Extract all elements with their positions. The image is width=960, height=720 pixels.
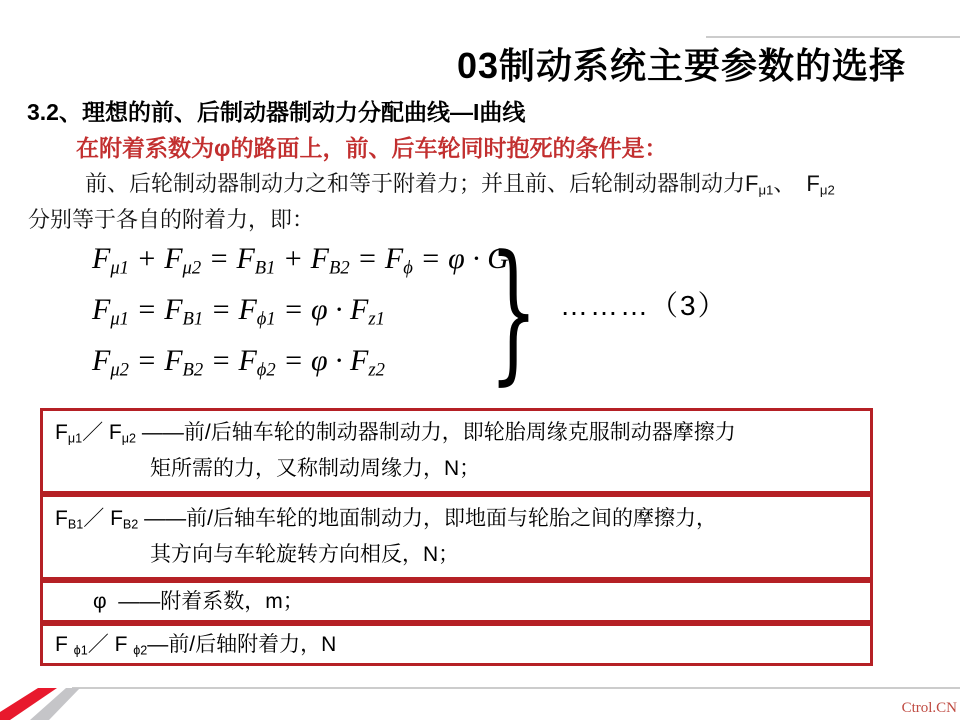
subscript: μ1 [758, 183, 773, 198]
subscript: μ2 [183, 258, 202, 279]
text-segment: ／ F [82, 421, 122, 444]
subscript: ϕ1 [257, 309, 276, 330]
section-heading: 3.2、理想的前、后制动器制动力分配曲线—I曲线 [27, 94, 525, 127]
text-segment: = [129, 293, 164, 326]
bottom-divider-line [72, 687, 960, 689]
subscript: B1 [68, 518, 83, 532]
subscript: μ1 [68, 432, 82, 446]
subscript: ϕ [403, 258, 413, 279]
text-segment: = [350, 242, 385, 275]
text-segment: F [55, 421, 68, 444]
text-segment: F [92, 242, 110, 275]
formula-block: Fμ1 + Fμ2 = FB1 + FB2 = Fϕ = φ · GFμ1 = … [92, 233, 509, 386]
definition-box: F ϕ1／ F ϕ2—前/后轴附着力，N [40, 623, 873, 666]
subscript: μ2 [820, 183, 835, 198]
text-segment: F [55, 633, 74, 656]
text-segment: F [164, 242, 182, 275]
definition-boxes: Fμ1／ Fμ2 ——前/后轴车轮的制动器制动力，即轮胎周缘克服制动器摩擦力矩所… [40, 408, 873, 666]
watermark-logo: Ctrol.CN [902, 700, 957, 717]
text-segment: F [236, 242, 254, 275]
text-segment: —前/后轴附着力，N [147, 633, 336, 656]
subscript: B2 [123, 518, 138, 532]
definition-line: Fμ1／ Fμ2 ——前/后轴车轮的制动器制动力，即轮胎周缘克服制动器摩擦力 [55, 415, 858, 451]
corner-stripes-decoration [0, 684, 100, 720]
subscript: ϕ1 [74, 644, 88, 658]
text-segment: ／ F [83, 507, 123, 530]
paragraph-line: 前、后轮制动器制动力之和等于附着力；并且前、后轮制动器制动力Fμ1、 Fμ2 [28, 166, 940, 202]
text-segment: F [92, 344, 110, 377]
definition-line: FB1／ FB2 ——前/后轴车轮的地面制动力，即地面与轮胎之间的摩擦力， [55, 501, 858, 537]
text-segment: = [129, 344, 164, 377]
text-segment: = φ · F [276, 344, 369, 377]
definition-line: φ ——附着系数，m； [55, 587, 858, 616]
formula-line: Fμ1 = FB1 = Fϕ1 = φ · Fz1 [92, 284, 509, 335]
text-segment: ——前/后轴车轮的地面制动力，即地面与轮胎之间的摩擦力， [138, 507, 717, 530]
text-segment: 分别等于各自的附着力，即： [28, 207, 314, 232]
subscript: B2 [183, 360, 204, 381]
subscript: ϕ2 [257, 360, 276, 381]
condition-statement: 在附着系数为φ的路面上，前、后车轮同时抱死的条件是： [76, 130, 667, 163]
page-title: 03制动系统主要参数的选择 [0, 38, 906, 89]
text-segment: + [275, 242, 310, 275]
right-brace-glyph: } [489, 226, 538, 399]
subscript: B2 [329, 258, 350, 279]
definition-box: Fμ1／ Fμ2 ——前/后轴车轮的制动器制动力，即轮胎周缘克服制动器摩擦力矩所… [40, 408, 873, 494]
equation-number: ………（3） [560, 284, 728, 324]
text-segment: 、 F [773, 171, 819, 196]
text-segment: F [238, 344, 256, 377]
subscript: μ1 [110, 258, 129, 279]
subscript: B1 [183, 309, 204, 330]
text-segment: = φ · F [276, 293, 369, 326]
text-segment: φ ——附着系数，m； [93, 590, 304, 613]
subscript: μ2 [110, 360, 129, 381]
body-paragraph: 前、后轮制动器制动力之和等于附着力；并且前、后轮制动器制动力Fμ1、 Fμ2分别… [28, 166, 940, 238]
text-segment: F [385, 242, 403, 275]
text-segment: F [92, 293, 110, 326]
formula-line: Fμ2 = FB2 = Fϕ2 = φ · Fz2 [92, 335, 509, 386]
definition-line: 其方向与车轮旋转方向相反，N； [55, 537, 858, 573]
text-segment: + [129, 242, 164, 275]
text-segment: ——前/后轴车轮的制动器制动力，即轮胎周缘克服制动器摩擦力 [136, 421, 736, 444]
text-segment: F [311, 242, 329, 275]
text-segment: = [201, 242, 236, 275]
text-segment: F [164, 293, 182, 326]
formula-line: Fμ1 + Fμ2 = FB1 + FB2 = Fϕ = φ · G [92, 233, 509, 284]
subscript: z1 [368, 309, 385, 330]
subscript: B1 [255, 258, 276, 279]
text-segment: 前、后轮制动器制动力之和等于附着力；并且前、后轮制动器制动力F [85, 171, 758, 196]
definition-line: F ϕ1／ F ϕ2—前/后轴附着力，N [55, 630, 858, 659]
text-segment: ／ F [88, 633, 134, 656]
definition-box: FB1／ FB2 ——前/后轴车轮的地面制动力，即地面与轮胎之间的摩擦力，其方向… [40, 494, 873, 580]
text-segment: = [203, 293, 238, 326]
text-segment: F [164, 344, 182, 377]
subscript: μ1 [110, 309, 129, 330]
text-segment: 其方向与车轮旋转方向相反，N； [150, 543, 459, 566]
subscript: μ2 [122, 432, 136, 446]
definition-line: 矩所需的力，又称制动周缘力，N； [55, 451, 858, 487]
text-segment: = [203, 344, 238, 377]
subscript: z2 [368, 360, 385, 381]
subscript: ϕ2 [133, 644, 147, 658]
slide-canvas: 03制动系统主要参数的选择 3.2、理想的前、后制动器制动力分配曲线—I曲线 在… [0, 0, 960, 720]
text-segment: F [238, 293, 256, 326]
text-segment: F [55, 507, 68, 530]
text-segment: 矩所需的力，又称制动周缘力，N； [150, 457, 480, 480]
definition-box: φ ——附着系数，m； [40, 580, 873, 623]
